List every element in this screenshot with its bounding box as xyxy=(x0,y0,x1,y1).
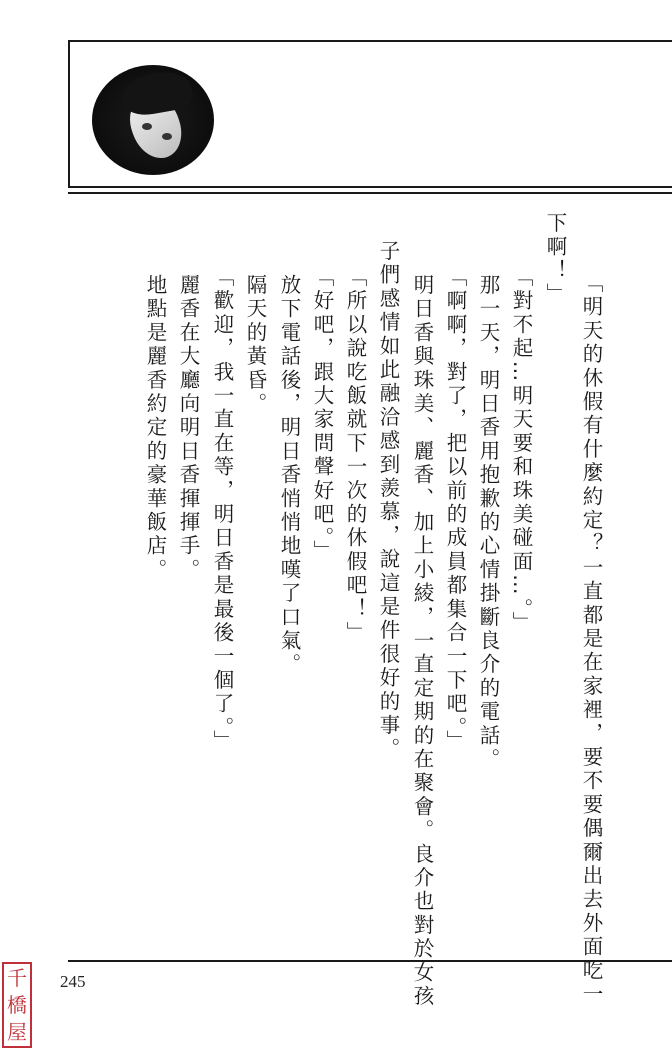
text-column-6: 明日香與珠美、麗香、加上小綾，一直定期的在聚會。良介也對於女孩 xyxy=(407,274,437,1009)
seal-char-3: 屋 xyxy=(7,1022,27,1042)
text-column-5: 「啊啊，對了，把以前的成員都集合一下吧。」 xyxy=(440,266,470,753)
text-column-1: 「明天的休假有什麼約定？一直都是在家裡，要不要偶爾出去外面吃一 xyxy=(576,272,606,1007)
portrait-eye-left xyxy=(142,123,152,130)
portrait-hair xyxy=(119,67,195,119)
seal-char-2: 橋 xyxy=(7,995,27,1015)
text-column-10: 放下電話後，明日香悄悄地嘆了口氣。 xyxy=(274,274,304,677)
page-number: 245 xyxy=(60,972,86,992)
text-column-13: 麗香在大廳向明日香揮揮手。 xyxy=(173,274,203,582)
publisher-seal-stamp: 千 橋 屋 xyxy=(2,962,32,1048)
text-column-4: 那一天，明日香用抱歉的心情掛斷良介的電話。 xyxy=(473,274,503,772)
portrait-eye-right xyxy=(162,133,172,140)
vertical-text-body: 「明天的休假有什麼約定？一直都是在家裡，要不要偶爾出去外面吃一 下啊！」 「對不… xyxy=(0,252,672,952)
text-column-9: 「好吧，跟大家問聲好吧。」 xyxy=(307,266,337,564)
header-divider xyxy=(68,192,672,194)
text-column-2: 下啊！」 xyxy=(540,212,570,307)
text-column-11: 隔天的黃昏。 xyxy=(240,274,270,416)
text-column-8: 「所以說吃飯就下一次的休假吧！」 xyxy=(340,266,370,645)
seal-char-1: 千 xyxy=(7,968,27,988)
text-column-14: 地點是麗香約定的豪華飯店。 xyxy=(140,274,170,582)
text-column-12: 「歡迎，我一直在等，明日香是最後一個了。」 xyxy=(207,266,237,753)
character-portrait-icon xyxy=(92,65,214,175)
footer-divider xyxy=(68,960,672,962)
text-column-7: 子們感情如此融洽感到羨慕，說這是件很好的事。 xyxy=(373,240,403,761)
text-column-3: 「對不起…明天要和珠美碰面…。」 xyxy=(506,266,536,635)
